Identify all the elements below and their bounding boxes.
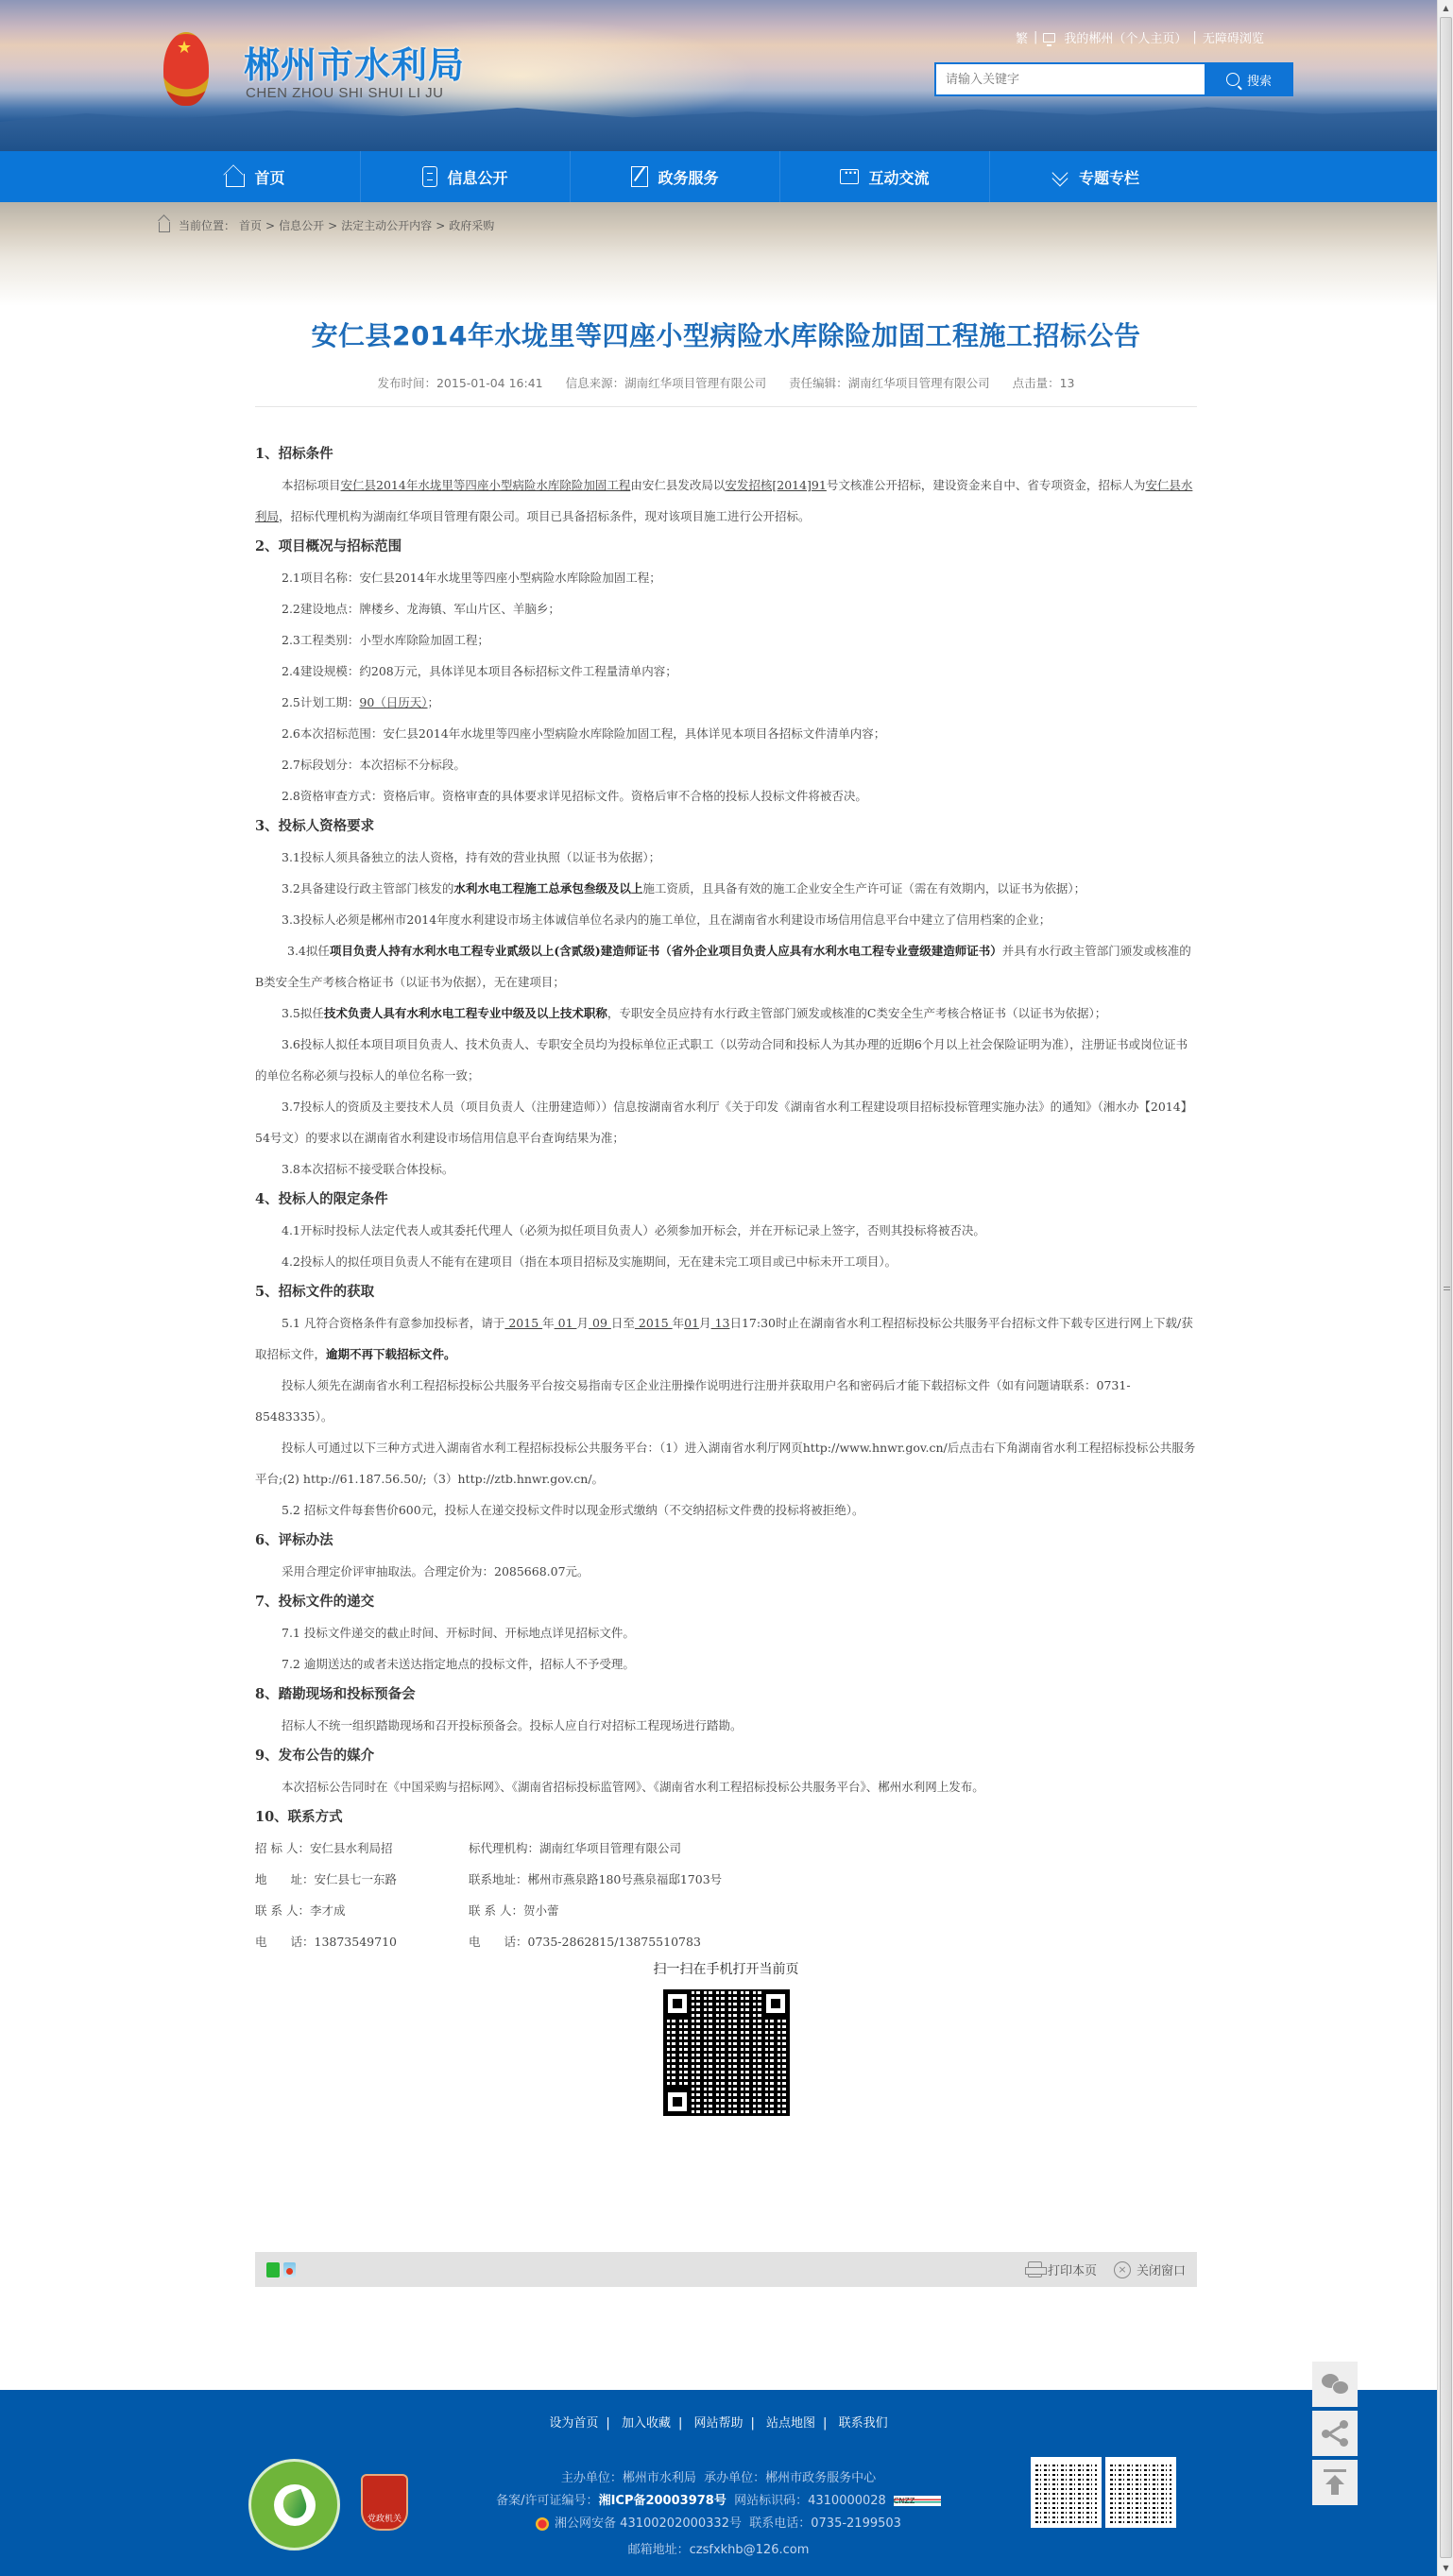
home-icon <box>226 174 245 187</box>
paragraph: 本招标项目安仁县2014年水垅里等四座小型病险水库除险加固工程由安仁县发改局以安… <box>255 469 1197 532</box>
list-item: 3.8本次招标不接受联合体投标。 <box>255 1153 1197 1185</box>
police-record[interactable]: 湘公网安备 43100202000332号 <box>555 2516 742 2531</box>
list-item: 2.7标段划分：本次招标不分标段。 <box>255 749 1197 780</box>
share-float-button[interactable] <box>1312 2411 1358 2456</box>
list-item: 7.2 逾期送达的或者未送达指定地点的投标文件，招标人不予受理。 <box>255 1648 1197 1680</box>
wechat-float-button[interactable] <box>1312 2362 1358 2407</box>
list-item: 3.3投标人必须是郴州市2014年度水利建设市场主体诚信单位名录内的施工单位，且… <box>255 904 1197 935</box>
section-heading: 9、发布公告的媒介 <box>255 1741 1197 1771</box>
tenderer-phone: 电 话：13873549710 <box>255 1926 469 1957</box>
list-item: 2.5计划工期：90（日历天）； <box>255 687 1197 718</box>
section-heading: 6、评标办法 <box>255 1526 1197 1556</box>
organizer: 承办单位：郴州市政务服务中心 <box>704 2471 876 2485</box>
list-item: 3.6投标人拟任本项目项目负责人、技术负责人、专职安全员均为投标单位正式职工（以… <box>255 1029 1197 1091</box>
breadcrumb-prefix: 当前位置： <box>179 217 235 233</box>
divider: | <box>1034 30 1037 44</box>
breadcrumb-gov-procurement[interactable]: 政府采购 <box>449 217 494 233</box>
wechat-icon <box>1322 2374 1348 2395</box>
search-icon <box>1226 73 1239 86</box>
close-icon: × <box>1114 2261 1131 2278</box>
section-heading: 10、联系方式 <box>255 1802 1197 1833</box>
page-qr-code <box>663 1989 790 2116</box>
nav-item-label: 首页 <box>254 166 284 188</box>
section-heading: 3、投标人资格要求 <box>255 811 1197 842</box>
paragraph: 招标人不统一组织踏勘现场和召开投标预备会。投标人应自行对招标工程现场进行踏勘。 <box>255 1710 1197 1741</box>
section-heading: 4、投标人的限定条件 <box>255 1185 1197 1215</box>
agency-name: 标代理机构：湖南红华项目管理有限公司 <box>469 1833 1197 1864</box>
contact-table: 招 标 人：安仁县水利局招 标代理机构：湖南红华项目管理有限公司 地 址：安仁县… <box>255 1833 1197 1957</box>
section-heading: 5、招标文件的获取 <box>255 1277 1197 1307</box>
national-emblem-icon: ★ <box>163 32 209 106</box>
nav-item-special-topics[interactable]: 专题专栏 <box>990 151 1200 202</box>
search-input[interactable] <box>934 62 1205 96</box>
click-count: 点击量：13 <box>1013 376 1075 390</box>
home-icon <box>159 222 170 232</box>
edit-icon <box>631 166 648 187</box>
main-nav: 首页 信息公开 政务服务 互动交流 专题专栏 <box>0 151 1437 202</box>
nav-item-label: 政务服务 <box>658 166 718 188</box>
nav-item-label: 互动交流 <box>868 166 929 188</box>
footer: 设为首页| 加入收藏| 网站帮助| 站点地图| 联系我们 主办单位：郴州市水利局… <box>0 2390 1437 2576</box>
document-icon <box>422 166 437 187</box>
paragraph: 投标人须先在湖南省水利工程招标投标公共服务平台按交易指南专区企业注册操作说明进行… <box>255 1370 1197 1432</box>
header-banner: ★ 郴州市水利局 CHEN ZHOU SHI SHUI LI JU 繁 | 我的… <box>0 0 1437 151</box>
footer-info: 主办单位：郴州市水利局 承办单位：郴州市政务服务中心 备案/许可证编号：湘ICP… <box>0 2467 1437 2562</box>
breadcrumb-separator: > <box>265 219 275 232</box>
cnzz-icon[interactable]: CNZZ <box>894 2496 941 2506</box>
search-button-label: 搜索 <box>1247 71 1272 89</box>
list-item: 2.1项目名称：安仁县2014年水垅里等四座小型病险水库除险加固工程； <box>255 562 1197 593</box>
list-item: 3.4拟任项目负责人持有水利水电工程专业贰级以上(含贰级)建造师证书（省外企业项… <box>255 935 1197 998</box>
list-item: 4.1开标时投标人法定代表人或其委托代理人（必须为拟任项目负责人）必须参加开标会… <box>255 1215 1197 1246</box>
article-body: 1、招标条件 本招标项目安仁县2014年水垅里等四座小型病险水库除险加固工程由安… <box>255 439 1197 2116</box>
share-bar: 打印本页 × 关闭窗口 <box>255 2252 1197 2287</box>
printer-icon <box>1028 2261 1042 2277</box>
footer-qr-code-2 <box>1105 2457 1176 2528</box>
breadcrumb-separator: > <box>436 219 445 232</box>
project-name-underline: 安仁县2014年水垅里等四座小型病险水库除险加固工程 <box>341 478 631 492</box>
top-links: 繁 | 我的郴州（个人主页） | 无障碍浏览 <box>1016 28 1264 46</box>
footer-links: 设为首页| 加入收藏| 网站帮助| 站点地图| 联系我们 <box>0 2413 1437 2431</box>
list-item: 2.4建设规模：约208万元，具体详见本项目各标招标文件工程量清单内容； <box>255 656 1197 687</box>
tenderer-contact: 联 系 人：李才成 <box>255 1895 469 1926</box>
article: 安仁县2014年水垅里等四座小型病险水库除险加固工程施工招标公告 发布时间：20… <box>255 302 1197 2116</box>
footer-qr-code-1 <box>1031 2457 1102 2528</box>
nav-item-interaction[interactable]: 互动交流 <box>780 151 990 202</box>
agency-contact: 联 系 人：贺小蕾 <box>469 1895 1197 1926</box>
list-item: 3.5拟任技术负责人具有水利水电工程专业中级及以上技术职称，专职安全员应持有水行… <box>255 998 1197 1029</box>
monitor-icon <box>1043 33 1055 43</box>
list-item: 2.2建设地点：牌楼乡、龙海镇、军山片区、羊脑乡； <box>255 593 1197 624</box>
scroll-down-arrow-icon[interactable]: ▼ <box>1438 2560 1453 2576</box>
paragraph: 投标人可通过以下三种方式进入湖南省水利工程招标投标公共服务平台：（1）进入湖南省… <box>255 1432 1197 1494</box>
nav-item-label: 信息公开 <box>447 166 507 188</box>
print-button[interactable]: 打印本页 <box>1028 2260 1097 2278</box>
icp-number[interactable]: 湘ICP备20003978号 <box>599 2494 726 2508</box>
sponsor: 主办单位：郴州市水利局 <box>561 2471 696 2485</box>
tenderer-address: 地 址：安仁县七一东路 <box>255 1864 469 1895</box>
info-source: 信息来源：湖南红华项目管理有限公司 <box>566 376 767 390</box>
list-item: 3.7投标人的资质及主要技术人员（项目负责人（注册建造师））信息按湖南省水利厅《… <box>255 1091 1197 1153</box>
breadcrumb-info-disclosure[interactable]: 信息公开 <box>279 217 324 233</box>
wechat-icon[interactable] <box>266 2262 280 2277</box>
back-to-top-button[interactable] <box>1312 2460 1358 2505</box>
scroll-up-arrow-icon[interactable]: ▲ <box>1438 0 1453 16</box>
list-item: 7.1 投标文件递交的截止时间、开标时间、开标地点详见招标文件。 <box>255 1617 1197 1648</box>
traditional-chinese-link[interactable]: 繁 <box>1016 28 1028 46</box>
contact-us-link[interactable]: 联系我们 <box>839 2416 888 2431</box>
publish-time: 发布时间：2015-01-04 16:41 <box>377 376 542 390</box>
sitemap-link[interactable]: 站点地图 <box>766 2416 815 2431</box>
nav-item-label: 专题专栏 <box>1079 166 1139 188</box>
nav-item-info-disclosure[interactable]: 信息公开 <box>361 151 571 202</box>
paragraph: 采用合理定价评审抽取法。合理定价为：2085668.07元。 <box>255 1556 1197 1587</box>
list-item: 3.1投标人须具备独立的法人资格，持有效的营业执照（以证书为依据）； <box>255 842 1197 873</box>
set-homepage-link[interactable]: 设为首页 <box>549 2416 598 2431</box>
article-meta: 发布时间：2015-01-04 16:41 信息来源：湖南红华项目管理有限公司 … <box>255 374 1197 407</box>
weibo-icon[interactable] <box>283 2262 296 2277</box>
breadcrumb-home[interactable]: 首页 <box>239 217 262 233</box>
layers-icon <box>1051 167 1069 186</box>
list-item: 2.8资格审查方式：资格后审。资格审查的具体要求详见招标文件。资格后审不合格的投… <box>255 780 1197 811</box>
agency-address: 联系地址：郴州市燕泉路180号燕泉福邸1703号 <box>469 1864 1197 1895</box>
section-heading: 1、招标条件 <box>255 439 1197 469</box>
accessibility-link[interactable]: 无障碍浏览 <box>1203 28 1264 46</box>
add-favorite-link[interactable]: 加入收藏 <box>622 2416 671 2431</box>
article-title: 安仁县2014年水垅里等四座小型病险水库除险加固工程施工招标公告 <box>255 316 1197 353</box>
search-box: 搜索 <box>934 62 1293 96</box>
agency-phone: 电 话：0735-2862815/13875510783 <box>469 1926 1197 1957</box>
site-code: 网站标识码：4310000028 <box>734 2494 886 2508</box>
qr-caption: 扫一扫在手机打开当前页 <box>255 1957 1197 1982</box>
vertical-scrollbar[interactable]: ▲ ▼ <box>1437 0 1453 2576</box>
floating-toolbar <box>1312 2362 1358 2509</box>
approval-doc-underline: 安发招核[2014]91 <box>725 478 826 492</box>
scrollbar-thumb[interactable] <box>1440 17 1452 2558</box>
section-heading: 2、项目概况与招标范围 <box>255 532 1197 562</box>
site-help-link[interactable]: 网站帮助 <box>693 2416 743 2431</box>
responsible-editor: 责任编辑：湖南红华项目管理有限公司 <box>789 376 990 390</box>
share-icon <box>1322 2420 1348 2447</box>
my-chenzhou-link[interactable]: 我的郴州（个人主页） <box>1064 28 1187 46</box>
contact-phone: 联系电话：0735-2199503 <box>749 2516 901 2531</box>
paragraph: 本次招标公告同时在《中国采购与招标网》、《湖南省招标投标监管网》、《湖南省水利工… <box>255 1771 1197 1802</box>
close-window-button[interactable]: × 关闭窗口 <box>1114 2260 1186 2278</box>
list-item: 5.2 招标文件每套售价600元，投标人在递交投标文件时以现金形式缴纳（不交纳招… <box>255 1494 1197 1526</box>
list-item: 2.3工程类别：小型水库除险加固工程； <box>255 624 1197 656</box>
list-item: 5.1 凡符合资格条件有意参加投标者，请于 2015 年 01 月 09 日至 … <box>255 1307 1197 1370</box>
list-item: 2.6本次招标范围：安仁县2014年水垅里等四座小型病险水库除险加固工程，具体详… <box>255 718 1197 749</box>
nav-item-gov-services[interactable]: 政务服务 <box>571 151 780 202</box>
section-heading: 8、踏勘现场和投标预备会 <box>255 1680 1197 1710</box>
list-item: 3.2具备建设行政主管部门核发的水利水电工程施工总承包叁级及以上施工资质，且具备… <box>255 873 1197 904</box>
arrow-up-icon <box>1324 2469 1346 2496</box>
contact-email: 邮箱地址：czsfxkhb@126.com <box>628 2543 810 2557</box>
banner-mountains <box>0 99 1437 151</box>
nav-item-home[interactable]: 首页 <box>151 151 361 202</box>
party-gov-badge-icon[interactable]: 党政机关 <box>361 2474 408 2531</box>
chat-icon <box>840 169 859 184</box>
list-item: 4.2投标人的拟任项目负责人不能有在建项目（指在本项目招标及实施期间，无在建未完… <box>255 1246 1197 1277</box>
section-heading: 7、投标文件的递交 <box>255 1587 1197 1617</box>
divider: | <box>1192 30 1196 44</box>
page: ★ 郴州市水利局 CHEN ZHOU SHI SHUI LI JU 繁 | 我的… <box>0 0 1437 2576</box>
search-button[interactable]: 搜索 <box>1205 62 1293 96</box>
site-logo-en: CHEN ZHOU SHI SHUI LI JU <box>246 85 444 101</box>
breadcrumb-statutory-content[interactable]: 法定主动公开内容 <box>341 217 432 233</box>
site-logo-cn[interactable]: 郴州市水利局 <box>244 36 465 88</box>
civilization-badge-icon[interactable] <box>248 2459 340 2550</box>
breadcrumb-separator: > <box>328 219 337 232</box>
tenderer-name: 招 标 人：安仁县水利局招 <box>255 1833 469 1864</box>
breadcrumb: 当前位置： 首页 > 信息公开 > 法定主动公开内容 > 政府采购 <box>159 217 494 233</box>
police-badge-icon <box>536 2517 549 2531</box>
